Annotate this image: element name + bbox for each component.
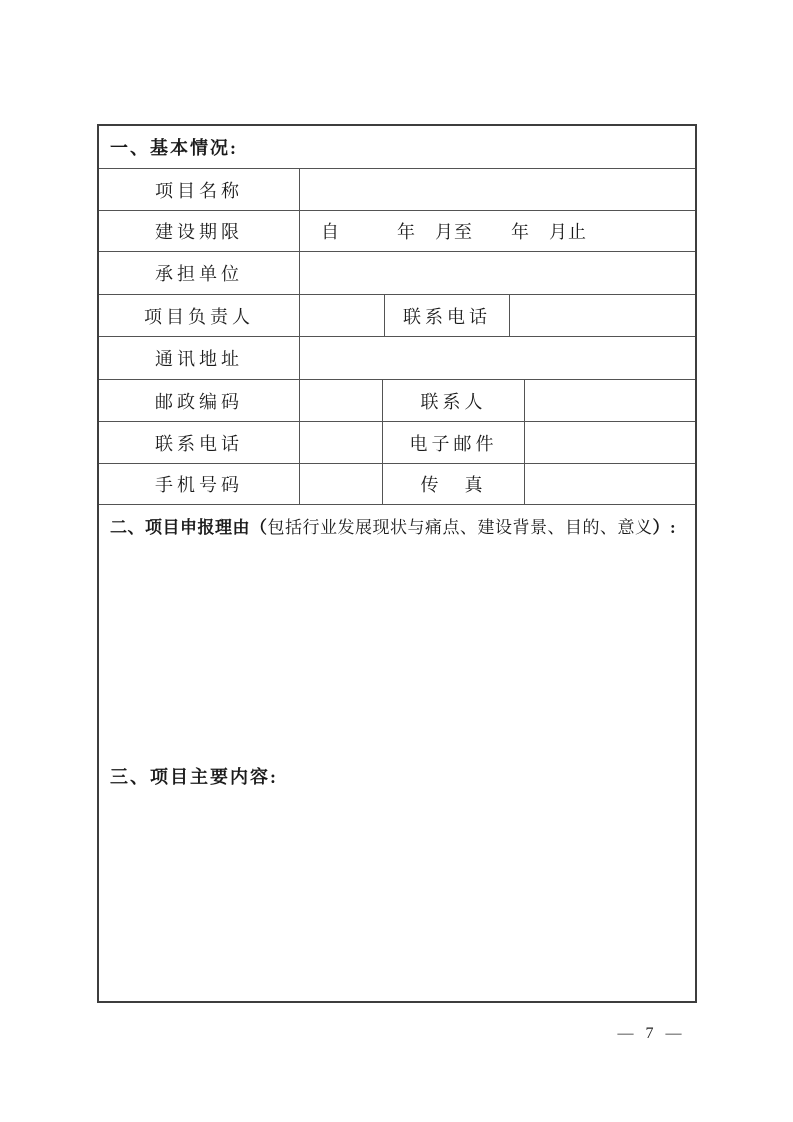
table-row: 联系电话 电子邮件 <box>99 422 695 464</box>
contact-person-field[interactable] <box>525 380 695 421</box>
table-row: 邮政编码 联系人 <box>99 380 695 422</box>
section3-title: 三、项目主要内容: <box>110 763 278 789</box>
section2-title-bold-end: ）: <box>653 518 677 537</box>
table-row: 手机号码 传 真 <box>99 464 695 505</box>
undertaking-unit-field[interactable] <box>300 252 695 294</box>
project-name-label: 项目名称 <box>99 169 300 210</box>
postal-code-field[interactable] <box>300 380 383 421</box>
construction-period-label: 建设期限 <box>99 211 300 251</box>
table-row: 承担单位 <box>99 252 695 295</box>
section2-title-bold-start: 二、项目申报理由（ <box>110 518 268 537</box>
fax-field[interactable] <box>525 464 695 504</box>
section1-header-row: 一、基本情况: <box>99 126 695 169</box>
document-page: 一、基本情况: 项目名称 建设期限 自 年 月至 年 月止 承担单位 项目负责人… <box>0 0 793 1122</box>
leader-phone-label: 联系电话 <box>385 295 510 336</box>
undertaking-unit-label: 承担单位 <box>99 252 300 294</box>
application-form-table: 一、基本情况: 项目名称 建设期限 自 年 月至 年 月止 承担单位 项目负责人… <box>97 124 697 1003</box>
fax-label: 传 真 <box>383 464 525 504</box>
project-leader-field[interactable] <box>300 295 385 336</box>
table-row: 项目名称 <box>99 169 695 211</box>
table-row: 通讯地址 <box>99 337 695 380</box>
contact-person-label: 联系人 <box>383 380 525 421</box>
section2-title-normal: 包括行业发展现状与痛点、建设背景、目的、意义 <box>268 518 653 537</box>
email-field[interactable] <box>525 422 695 463</box>
mailing-address-field[interactable] <box>300 337 695 379</box>
table-row: 建设期限 自 年 月至 年 月止 <box>99 211 695 252</box>
leader-phone-field[interactable] <box>510 295 695 336</box>
email-label: 电子邮件 <box>383 422 525 463</box>
mailing-address-label: 通讯地址 <box>99 337 300 379</box>
mobile-number-field[interactable] <box>300 464 383 504</box>
table-row: 项目负责人 联系电话 <box>99 295 695 337</box>
mobile-number-label: 手机号码 <box>99 464 300 504</box>
page-number: — 7 — <box>595 1025 705 1043</box>
section2-title: 二、项目申报理由（包括行业发展现状与痛点、建设背景、目的、意义）: <box>110 516 691 540</box>
project-name-field[interactable] <box>300 169 695 210</box>
project-leader-label: 项目负责人 <box>99 295 300 336</box>
contact-phone-field[interactable] <box>300 422 383 463</box>
construction-period-field[interactable]: 自 年 月至 年 月止 <box>300 211 695 251</box>
contact-phone-label: 联系电话 <box>99 422 300 463</box>
section1-title: 一、基本情况: <box>99 126 695 168</box>
sections-2-3-cell: 二、项目申报理由（包括行业发展现状与痛点、建设背景、目的、意义）: 三、项目主要… <box>99 505 695 1001</box>
postal-code-label: 邮政编码 <box>99 380 300 421</box>
